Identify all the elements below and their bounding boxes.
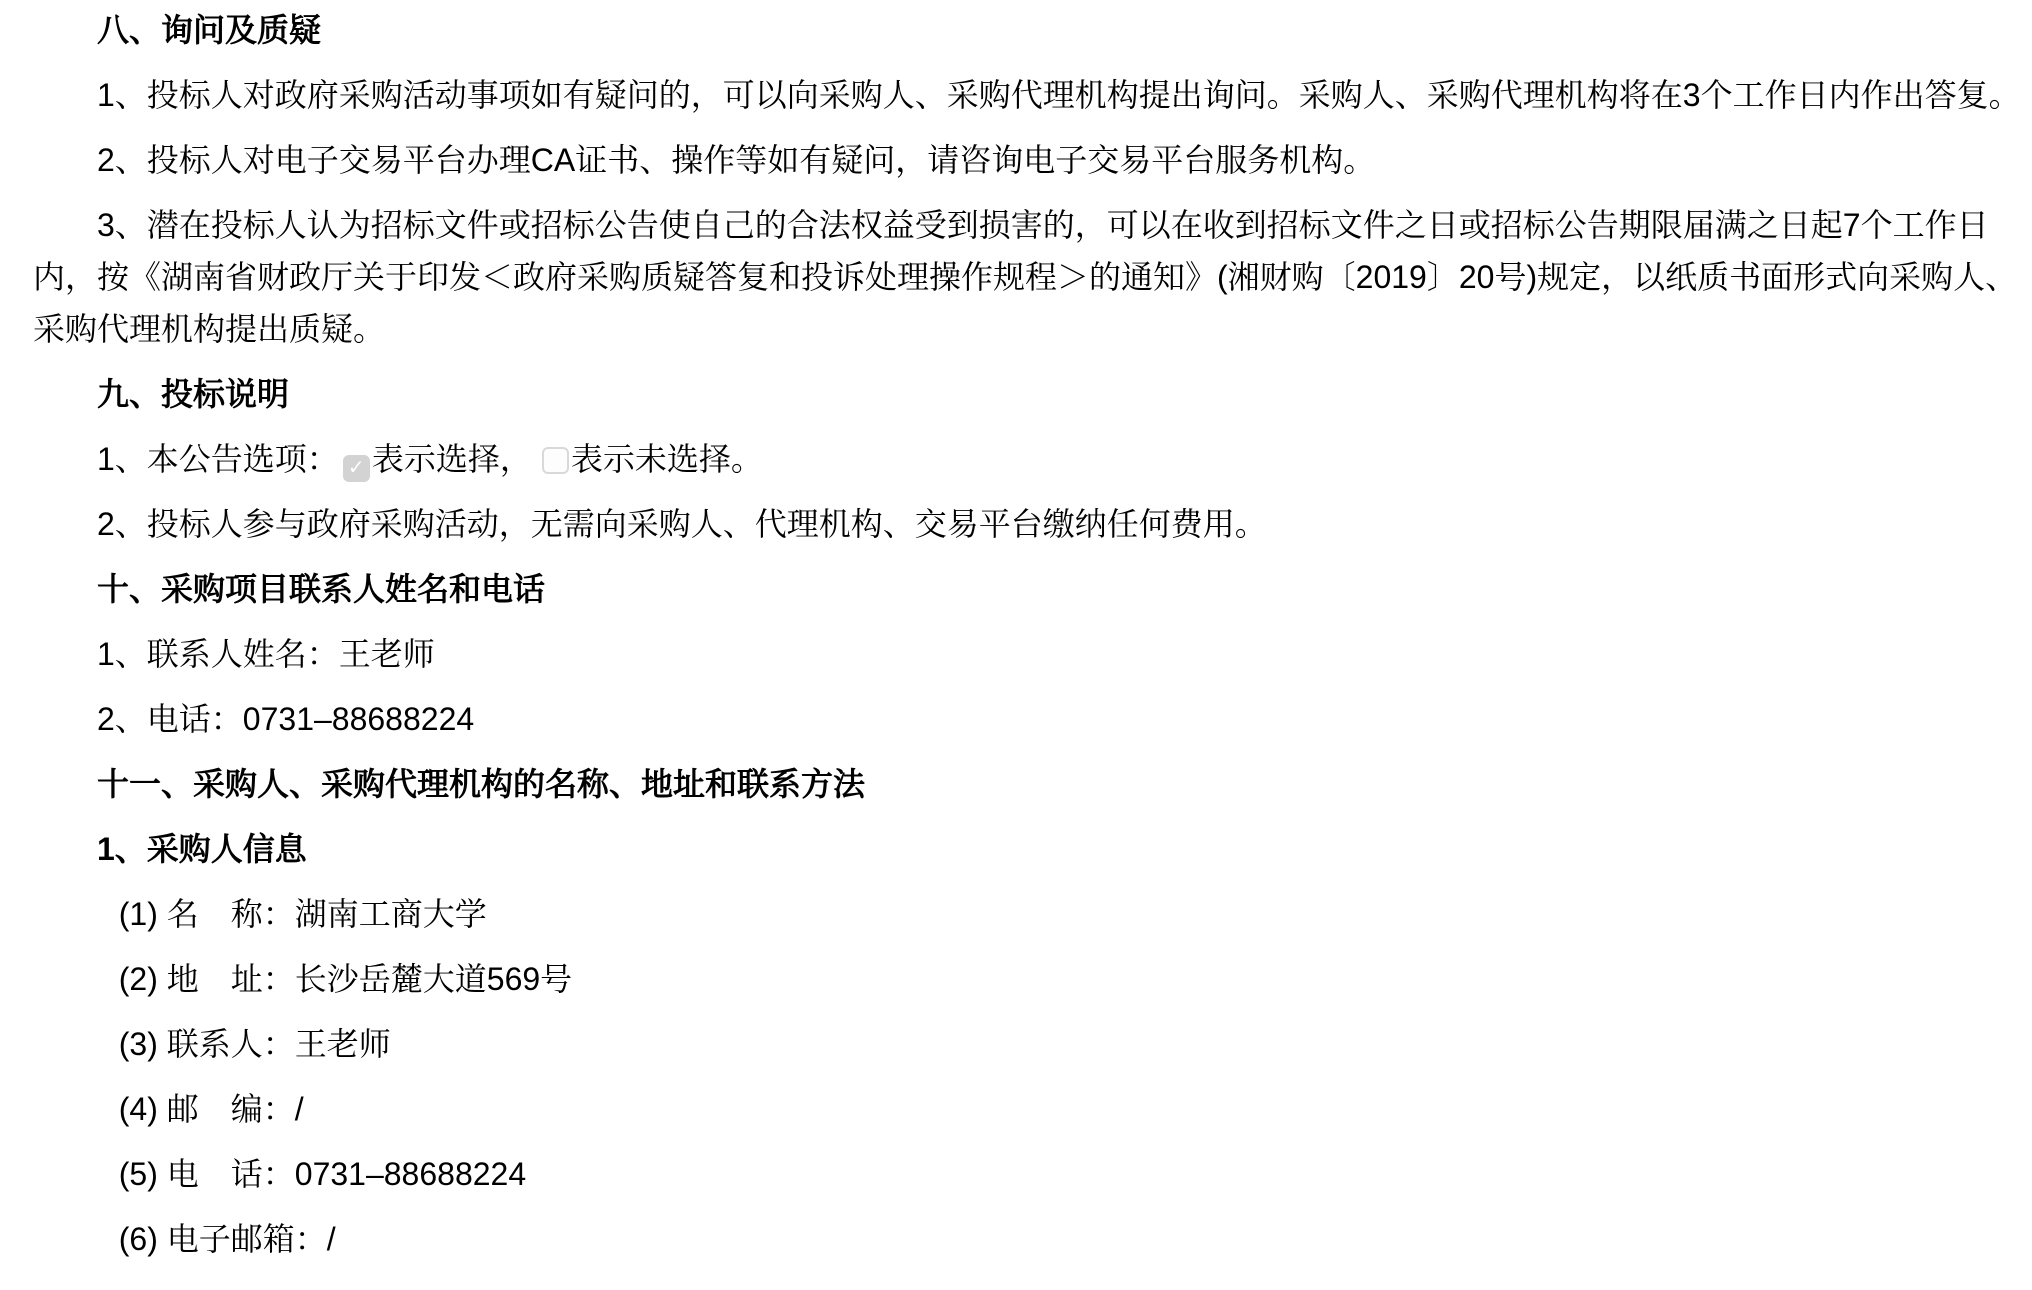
purchaser-item-address-value: 长沙岳麓大道569号 bbox=[295, 961, 572, 997]
purchaser-item-contact-value: 王老师 bbox=[295, 1026, 391, 1062]
inquiry-para-1: 1、投标人对政府采购活动事项如有疑问的，可以向采购人、采购代理机构提出询问。采购… bbox=[33, 69, 2024, 121]
unchecked-checkbox[interactable] bbox=[542, 447, 569, 474]
purchaser-item-email-value: / bbox=[327, 1221, 336, 1257]
purchaser-item-postcode: (4) 邮 编：/ bbox=[33, 1083, 2024, 1135]
purchaser-item-postcode-label: (4) 邮 编： bbox=[119, 1091, 295, 1127]
purchaser-item-contact-label: (3) 联系人： bbox=[119, 1026, 295, 1062]
purchaser-item-postcode-value: / bbox=[295, 1091, 304, 1127]
bidding-notes-para-2: 2、投标人参与政府采购活动，无需向采购人、代理机构、交易平台缴纳任何费用。 bbox=[33, 498, 2024, 550]
inquiry-para-2: 2、投标人对电子交易平台办理CA证书、操作等如有疑问，请咨询电子交易平台服务机构… bbox=[33, 134, 2024, 186]
purchaser-item-email-label: (6) 电子邮箱： bbox=[119, 1221, 327, 1257]
section-heading-purchaser: 十一、采购人、采购代理机构的名称、地址和联系方法 bbox=[33, 758, 2024, 810]
purchaser-item-contact: (3) 联系人：王老师 bbox=[33, 1018, 2024, 1070]
unchecked-option-label: 表示未选择。 bbox=[571, 441, 763, 477]
project-contact-phone-line: 2、电话：0731–88688224 bbox=[33, 693, 2024, 745]
purchaser-item-address: (2) 地 址：长沙岳麓大道569号 bbox=[33, 953, 2024, 1005]
purchaser-item-name: (1) 名 称：湖南工商大学 bbox=[33, 888, 2024, 940]
section-heading-bidding-notes: 九、投标说明 bbox=[33, 368, 2024, 420]
purchaser-info-subheading: 1、采购人信息 bbox=[33, 823, 2024, 875]
purchaser-item-phone-label: (5) 电 话： bbox=[119, 1156, 295, 1192]
purchaser-item-name-value: 湖南工商大学 bbox=[295, 896, 487, 932]
section-heading-project-contact: 十、采购项目联系人姓名和电话 bbox=[33, 563, 2024, 615]
purchaser-item-address-label: (2) 地 址： bbox=[119, 961, 295, 997]
section-heading-inquiry: 八、询问及质疑 bbox=[33, 4, 2024, 56]
purchaser-item-phone: (5) 电 话：0731–88688224 bbox=[33, 1148, 2024, 1200]
checked-checkbox[interactable]: ✓ bbox=[343, 455, 370, 482]
document-page: 八、询问及质疑 1、投标人对政府采购活动事项如有疑问的，可以向采购人、采购代理机… bbox=[0, 0, 2032, 1290]
bid-options-prefix: 1、本公告选项： bbox=[97, 441, 339, 477]
bid-options-line: 1、本公告选项：✓表示选择，表示未选择。 bbox=[33, 433, 2024, 485]
project-contact-name-line: 1、联系人姓名：王老师 bbox=[33, 628, 2024, 680]
checked-option-label: 表示选择， bbox=[372, 441, 532, 477]
purchaser-item-phone-value: 0731–88688224 bbox=[295, 1156, 526, 1192]
check-icon: ✓ bbox=[348, 457, 365, 479]
purchaser-item-name-label: (1) 名 称： bbox=[119, 896, 295, 932]
purchaser-item-email: (6) 电子邮箱：/ bbox=[33, 1213, 2024, 1265]
inquiry-para-3: 3、潜在投标人认为招标文件或招标公告使自己的合法权益受到损害的，可以在收到招标文… bbox=[33, 199, 2024, 355]
